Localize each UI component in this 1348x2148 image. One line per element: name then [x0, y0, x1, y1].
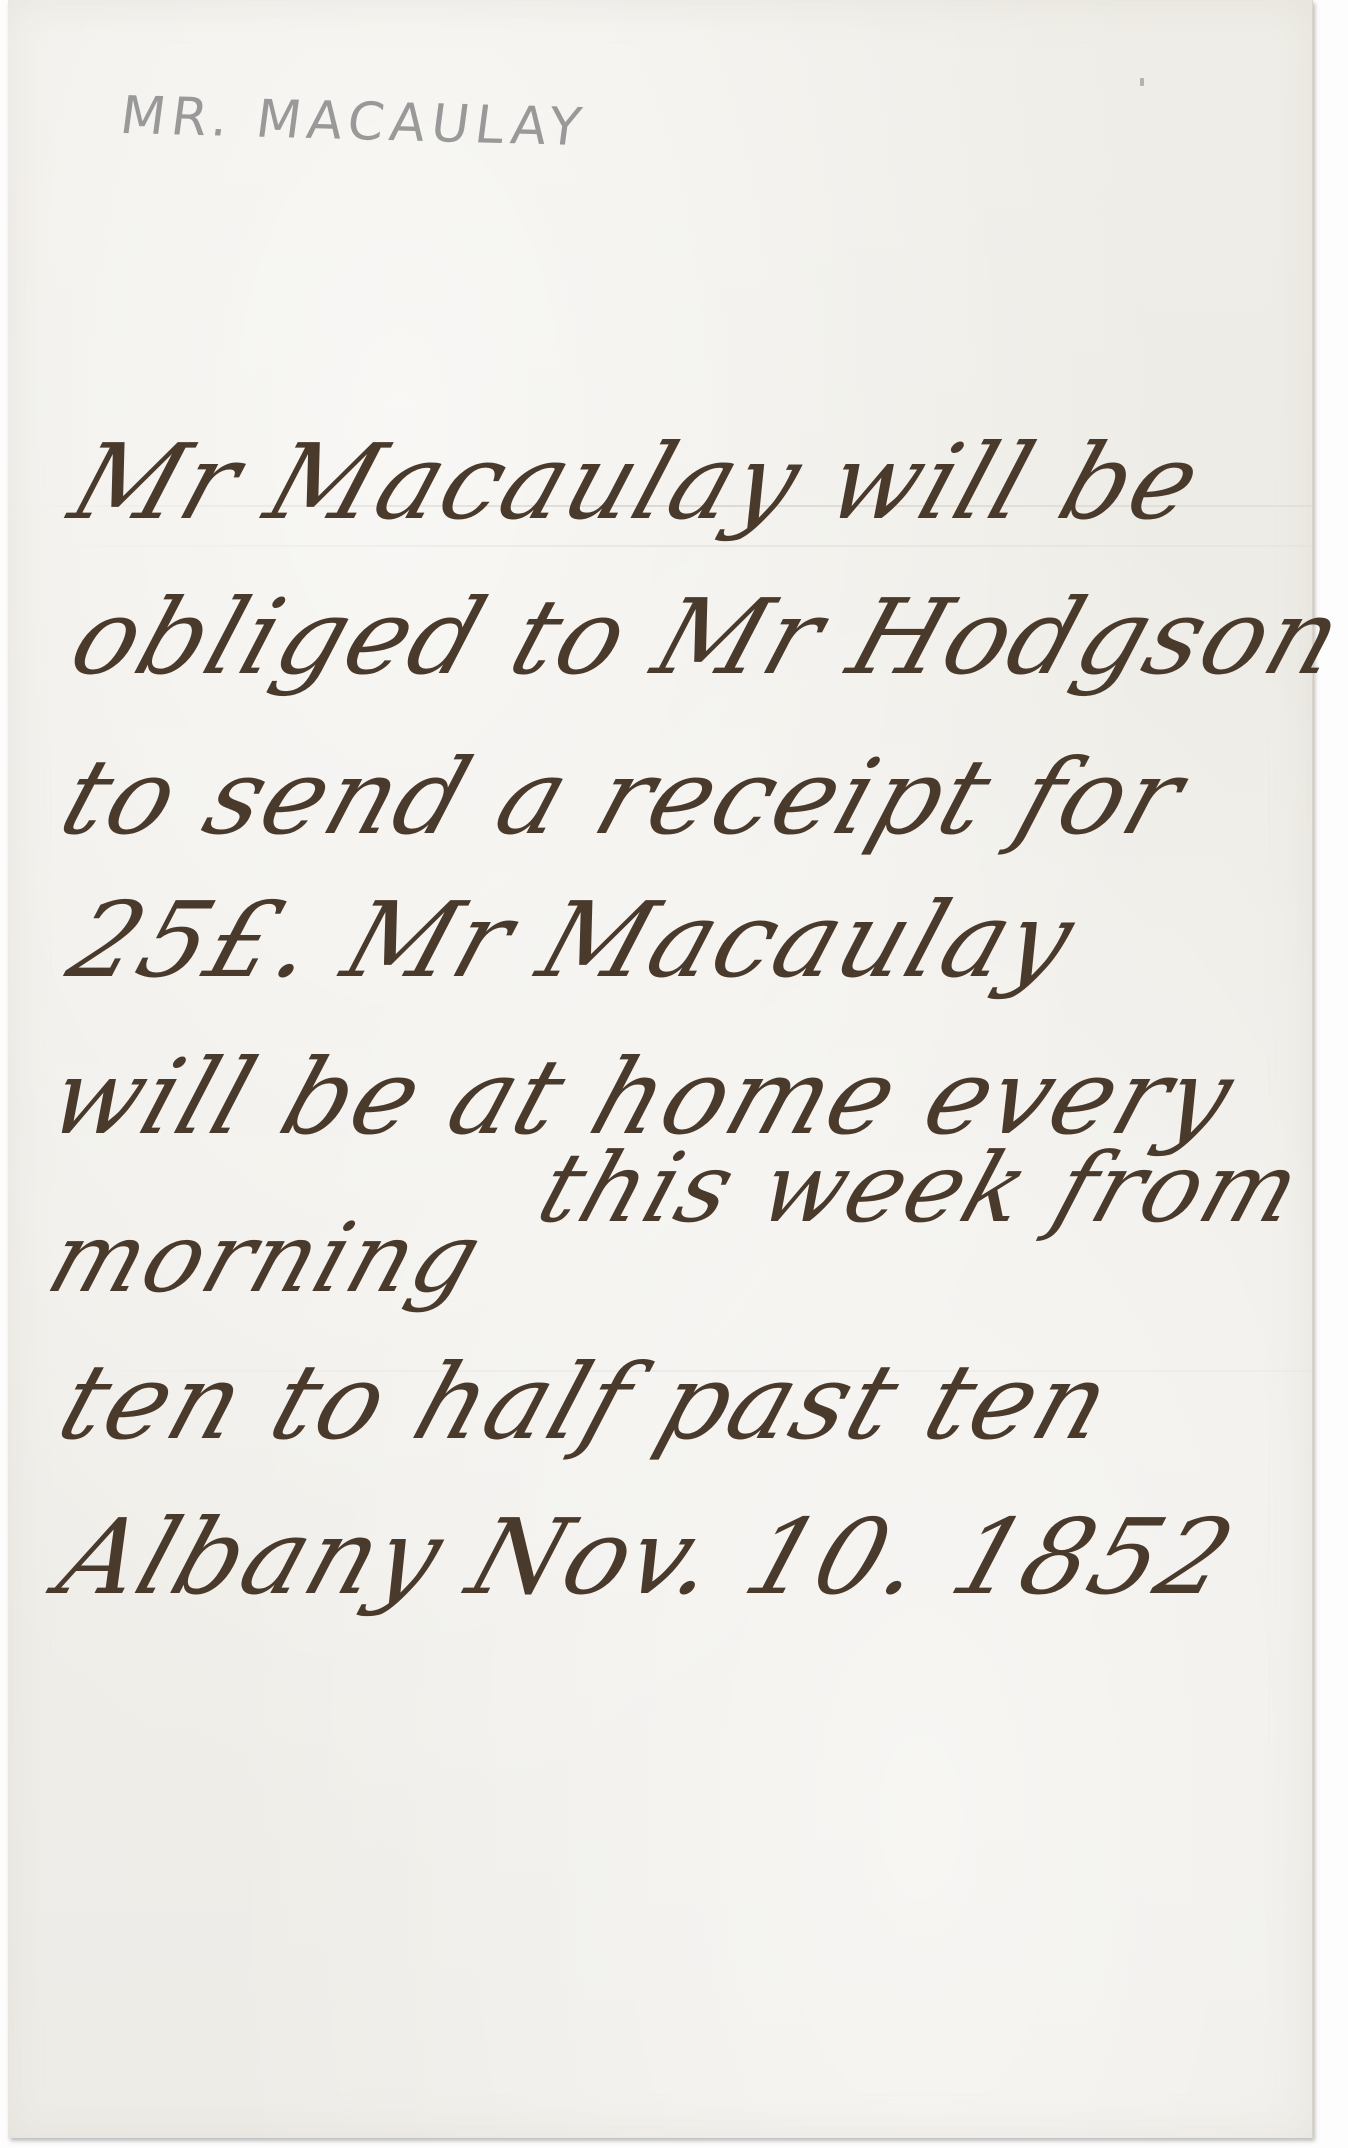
letter-dateline: Albany Nov. 10. 1852 [48, 1505, 1247, 1609]
letter-line-3: to send a receipt for [50, 745, 1196, 849]
letter-line-6: this week from [528, 1140, 1313, 1236]
letter-line-6b: morning [38, 1210, 494, 1306]
letter-line-4: 25£. Mr Macaulay [58, 888, 1087, 992]
pencil-annotation: MR. MACAULAY [117, 86, 591, 158]
paper-speck [1140, 78, 1144, 86]
letter-line-1: Mr Macaulay will be [60, 430, 1214, 534]
paper-fold-line [8, 545, 1312, 547]
letter-line-7: ten to half past ten [48, 1350, 1124, 1454]
letter-paper: MR. MACAULAY Mr Macaulay will be obliged… [8, 0, 1313, 2138]
letter-line-2: obliged to Mr Hodgson [60, 585, 1348, 689]
